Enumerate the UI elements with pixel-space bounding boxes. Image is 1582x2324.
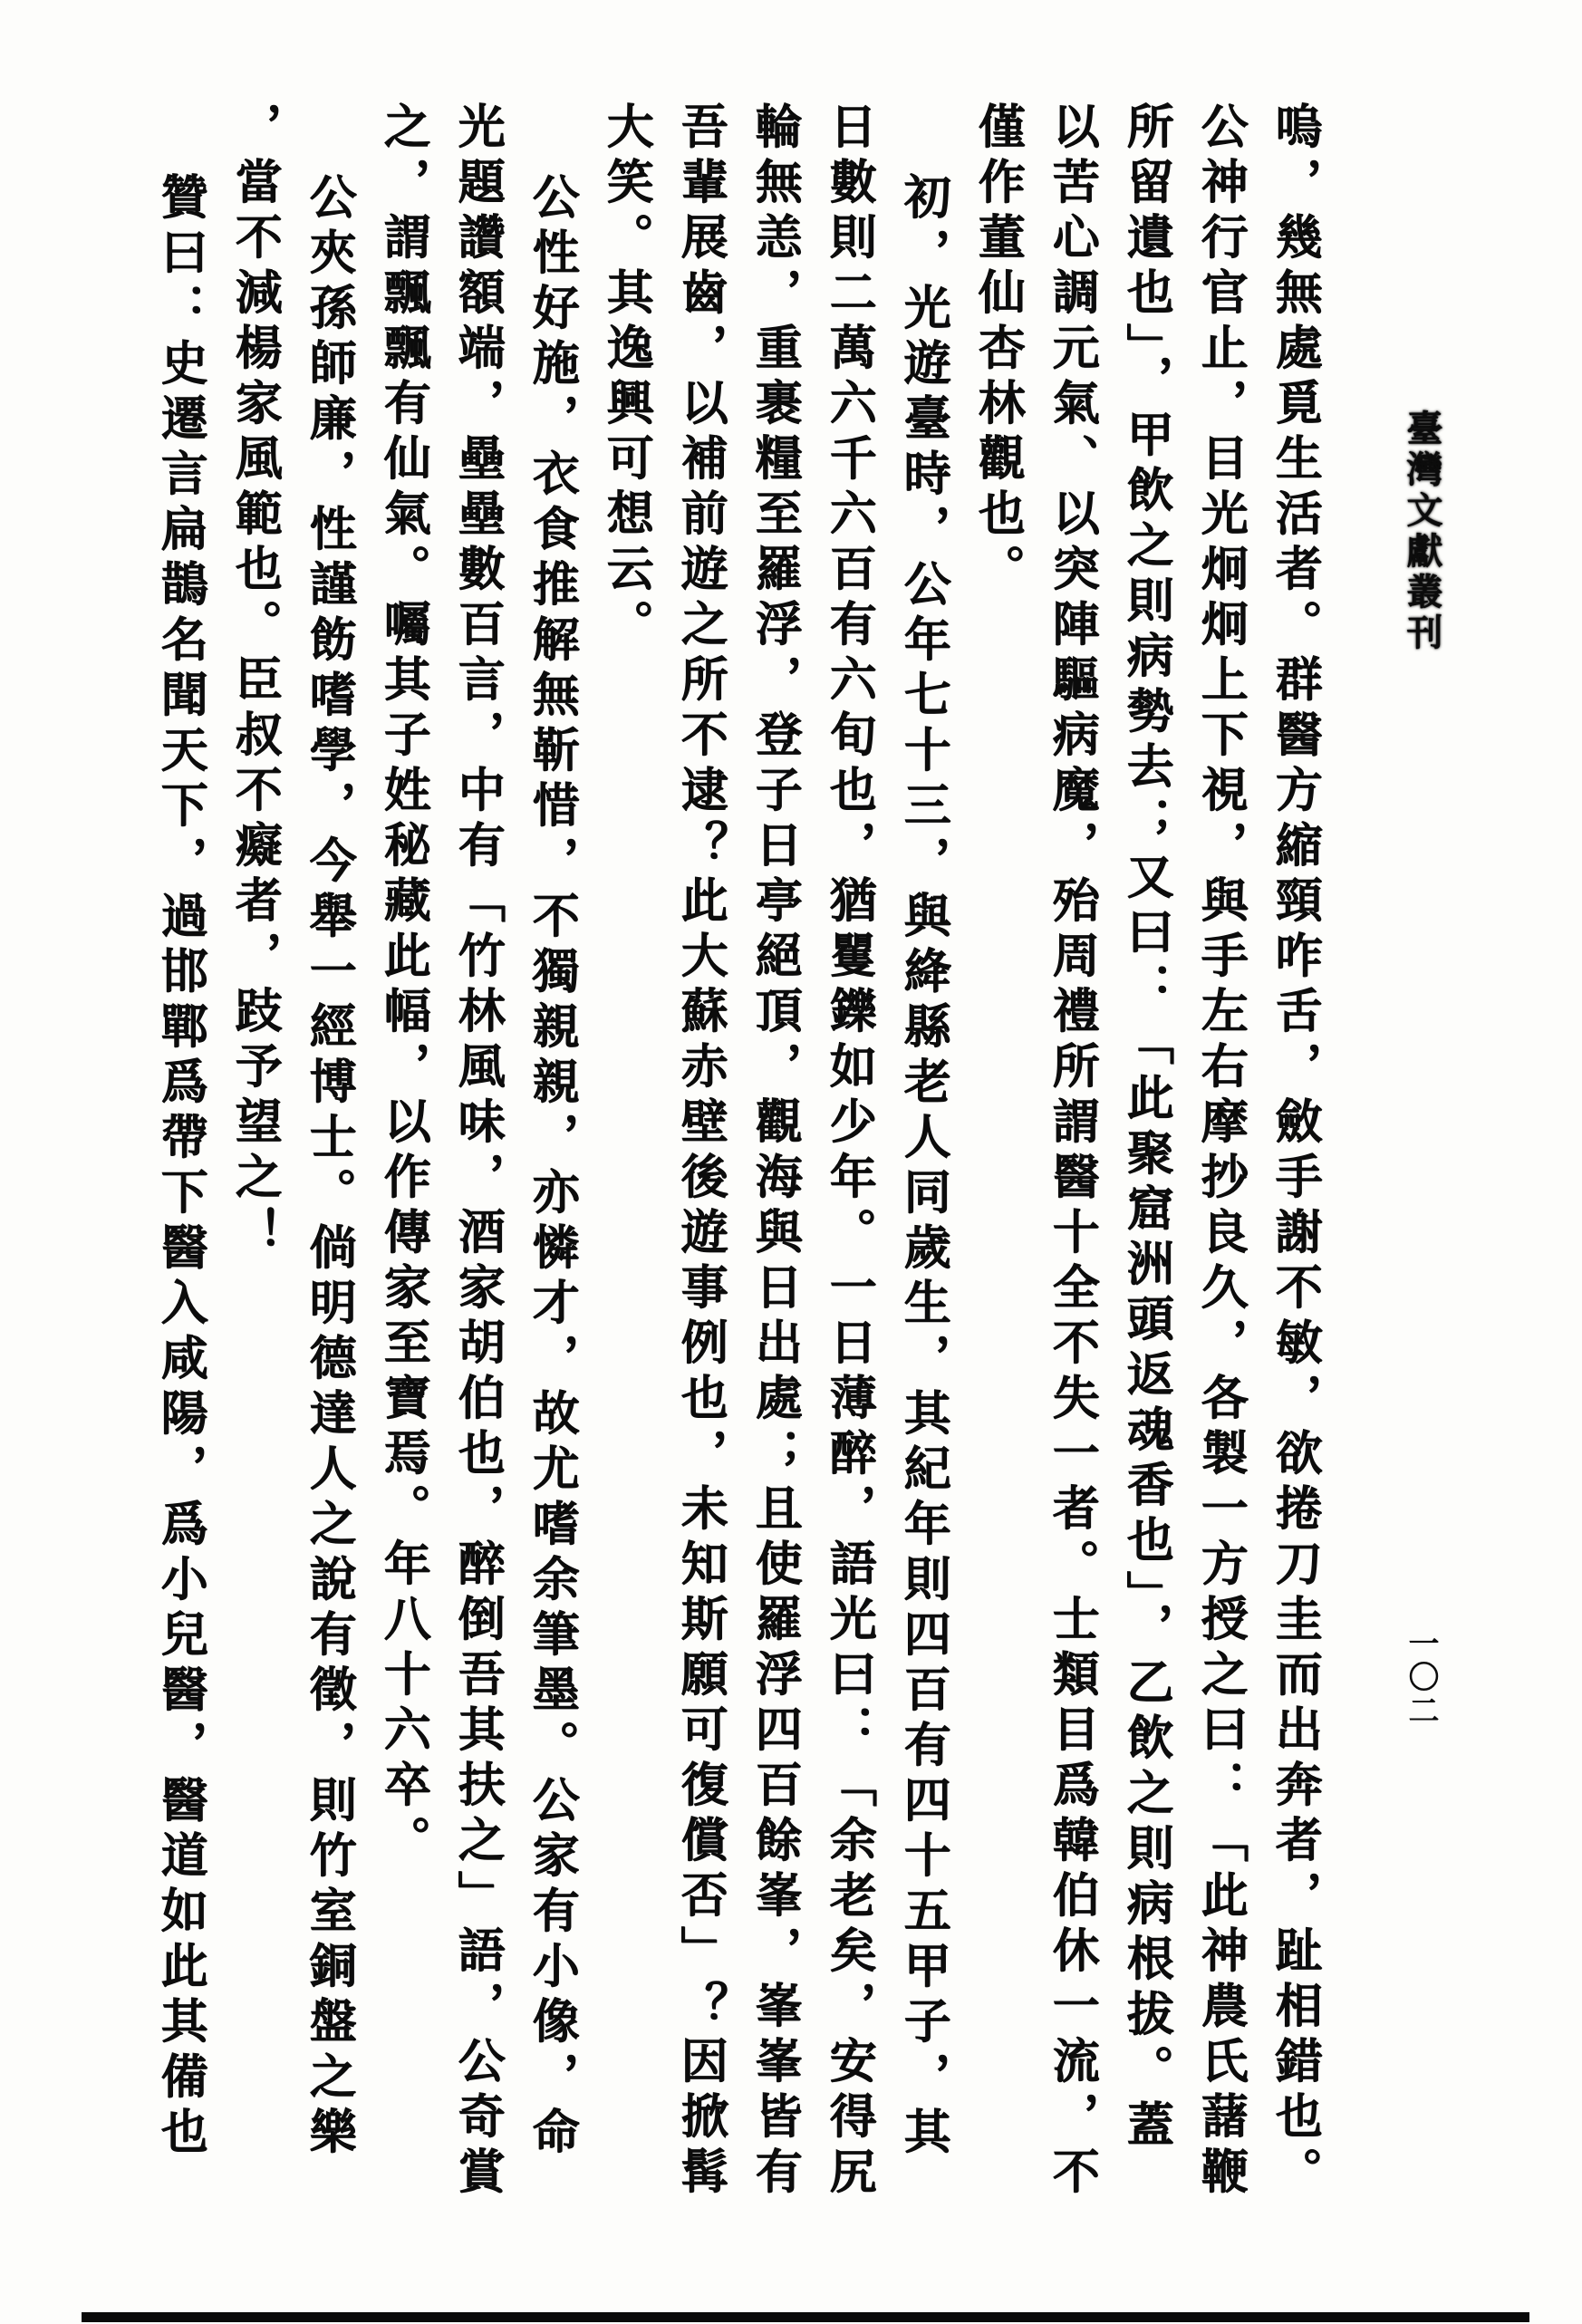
text-column-3: 所留遺也」，甲飲之則病勢去；又曰：「此聚窟洲頭返魂香也」，乙飲之則病根拔。蓋: [1108, 101, 1182, 2258]
text-column-12: 光題讚額端，壘壘數百言，中有「竹林風味，酒家胡伯也，醉倒吾其扶之」語，公奇賞: [439, 101, 514, 2258]
text-column-8: 輪無恙，重裹糧至羅浮，登子日亭絕頂，觀海與日出處；且使羅浮四百餘峯，峯峯皆有: [737, 101, 811, 2258]
series-header: 臺灣文獻叢刊: [1394, 410, 1450, 654]
text-column-5: 僅作董仙杏林觀也。: [960, 101, 1034, 2258]
text-column-9: 吾輩展齒，以補前遊之所不逮？此大蘇赤壁後遊事例也，未知斯願可復償否」？因掀髯: [662, 101, 737, 2258]
text-column-7: 日數則二萬六千六百有六旬也，猶矍鑠如少年。一日薄醉，語光曰：「余老矣，安得尻: [811, 101, 885, 2258]
text-column-15: ，當不減楊家風範也。臣叔不癡者，跂予望之！: [217, 101, 291, 2258]
text-column-16: 贊曰：史遷言扁鵲名聞天下，過邯鄲爲帶下醫入咸陽，爲小兒醫，醫道如此其備也: [142, 101, 217, 2324]
page-number: 一〇二: [1397, 1627, 1444, 1728]
text-column-6: 初，光遊臺時，公年七十三，與絳縣老人同歲生，其紀年則四百有四十五甲子，其: [885, 101, 960, 2324]
scan-edge-artifact: [82, 2312, 1529, 2322]
text-column-13: 之，謂飄飄有仙氣。囑其子姓秘藏此幅，以作傳家至寶焉。年八十六卒。: [365, 101, 439, 2258]
text-body: 嗚，幾無處覓生活者。群醫方縮頸咋舌，斂手謝不敏，欲捲刀圭而出奔者，趾相錯也。 公…: [142, 101, 1331, 2258]
text-column-10: 大笑。其逸興可想云。: [588, 101, 662, 2258]
text-column-1: 嗚，幾無處覓生活者。群醫方縮頸咋舌，斂手謝不敏，欲捲刀圭而出奔者，趾相錯也。: [1257, 101, 1331, 2258]
text-column-2: 公神行官止，目光炯炯上下視，與手左右摩抄良久，各製一方授之曰：「此神農氏藷鞭: [1182, 101, 1257, 2258]
text-column-11: 公性好施，衣食推解無靳惜，不獨親親，亦憐才，故尤嗜余筆墨。公家有小像，命: [514, 101, 588, 2324]
text-column-4: 以苦心調元氣、以突陣驅病魔，殆周禮所謂醫十全不失一者。士類目爲韓伯休一流，不: [1034, 101, 1108, 2258]
scanned-page: 臺灣文獻叢刊 一〇二 嗚，幾無處覓生活者。群醫方縮頸咋舌，斂手謝不敏，欲捲刀圭而…: [0, 0, 1582, 2324]
text-column-14: 公夾孫師廉，性謹飭嗜學，今舉一經博士。倘明德達人之說有徵，則竹室銅盤之樂: [291, 101, 365, 2324]
